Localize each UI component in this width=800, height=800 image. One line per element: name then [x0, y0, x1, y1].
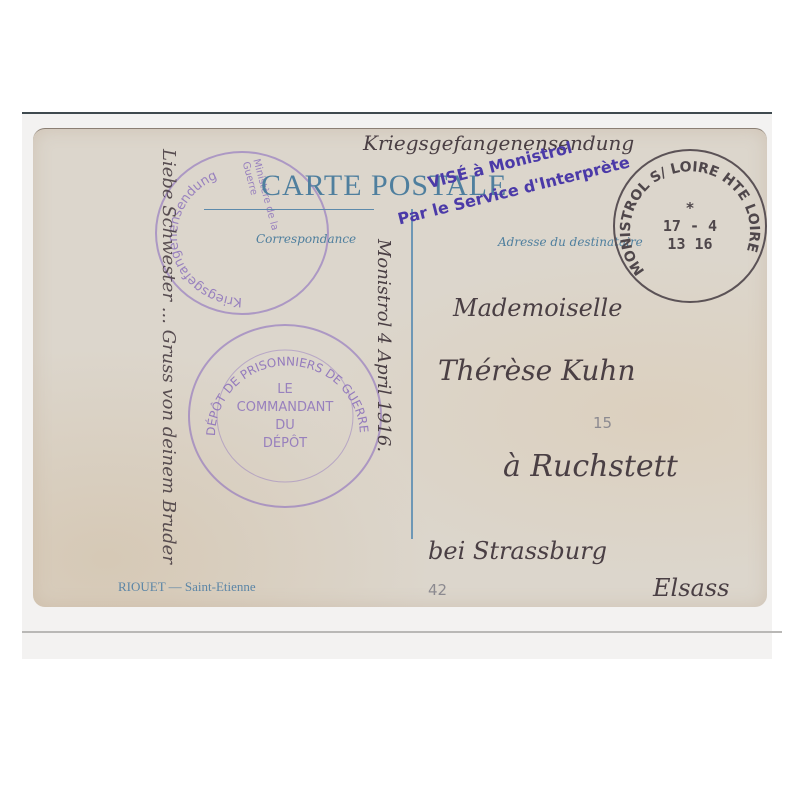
- postmark-date-line: 17 - 4: [615, 217, 765, 235]
- cachet-line: DÉPÔT: [190, 435, 380, 453]
- address-line-name: Thérèse Kuhn: [438, 354, 635, 387]
- correspondence-label: Correspondance: [256, 232, 356, 246]
- publisher-imprint: RIOUET — Saint-Etienne: [118, 579, 256, 595]
- handwritten-date-line: Monistrol 4 April 1916.: [368, 239, 398, 599]
- cachet-line: COMMANDANT: [190, 399, 380, 417]
- postmark-star-icon: *: [615, 199, 765, 217]
- ornamental-divider-vertical: [411, 209, 413, 539]
- address-line-salutation: Mademoiselle: [453, 294, 622, 322]
- scan-edge-line: [22, 631, 782, 633]
- violet-cachet-depot-prisonniers: DÉPÔT DE PRISONNIERS DE GUERRE MONISTROL…: [188, 324, 382, 508]
- postmark: MONISTROL S/ LOIRE HTE LOIRE * 17 - 4 13…: [613, 149, 767, 303]
- postcard: Kriegsgefangenensendung Ministère de la …: [33, 128, 767, 607]
- pencil-number: 42: [428, 581, 447, 599]
- postmark-date: * 17 - 4 13 16: [615, 199, 765, 253]
- cachet-center: LE COMMANDANT DU DÉPÔT: [190, 381, 380, 453]
- address-line-region: bei Strassburg: [428, 537, 607, 565]
- address-line-country: Elsass: [653, 574, 729, 602]
- address-line-town: à Ruchstett: [503, 449, 678, 484]
- ornamental-divider-horizontal: [204, 209, 374, 210]
- cachet-line: DU: [190, 417, 380, 435]
- postmark-date-line: 13 16: [615, 235, 765, 253]
- pencil-number: 15: [593, 414, 612, 432]
- handwritten-message: Liebe Schwester ... Gruss von deinem Bru…: [43, 149, 183, 569]
- cachet-line: LE: [190, 381, 380, 399]
